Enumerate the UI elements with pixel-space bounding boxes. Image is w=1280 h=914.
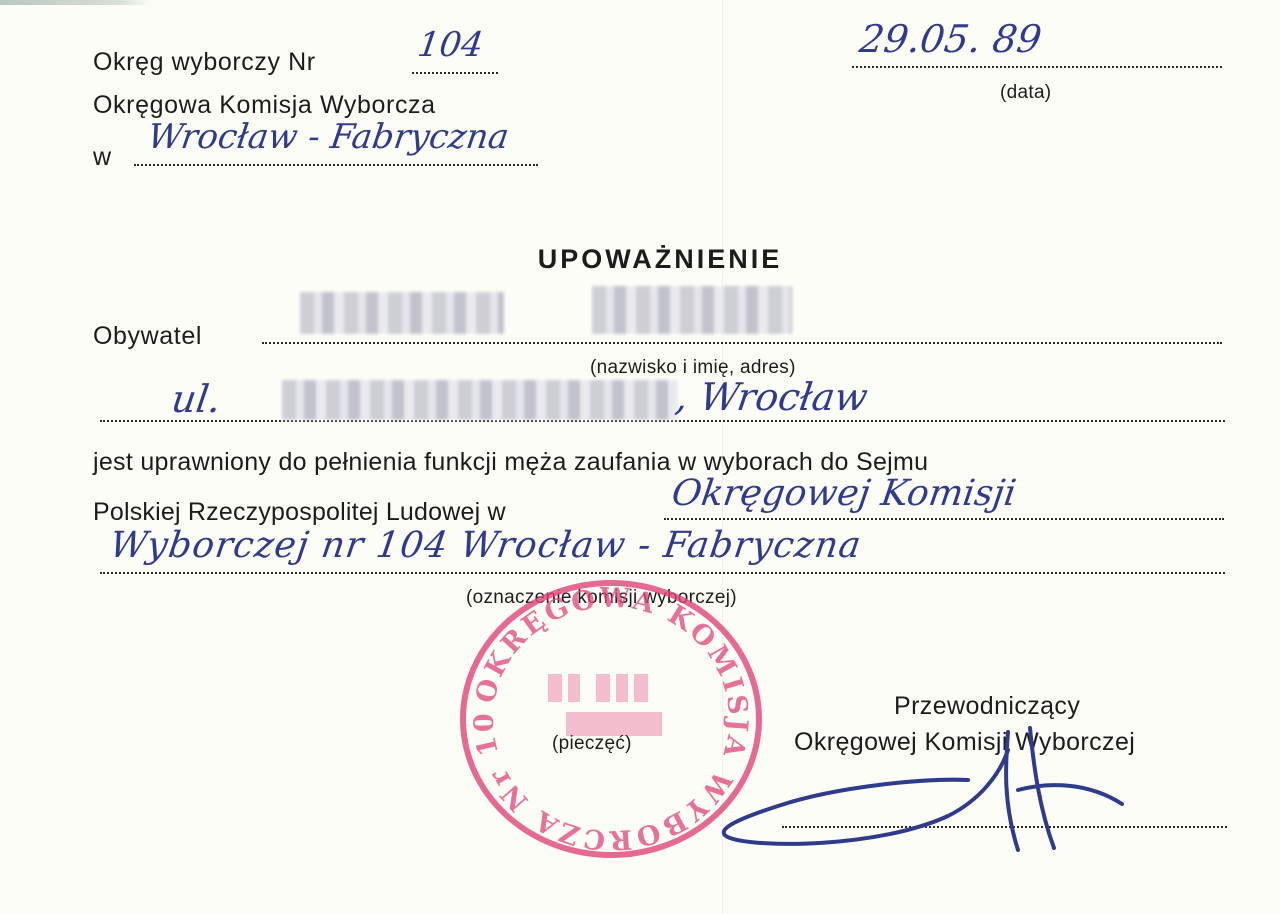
address-line <box>100 420 1225 422</box>
location-handwritten: Wrocław - Fabryczna <box>146 120 511 154</box>
location-prefix: w <box>93 145 112 170</box>
address-redacted <box>282 380 678 420</box>
paper-edge <box>0 0 150 5</box>
document-title: UPOWAŻNIENIE <box>0 244 1280 275</box>
stamp-caption: (pieczęć) <box>552 734 632 753</box>
location-line <box>134 164 538 166</box>
address-city: , Wrocław <box>673 378 870 416</box>
citizen-line <box>262 342 1222 344</box>
commission-label: Okręgowa Komisja Wyborcza <box>93 93 436 118</box>
chairman-title: Przewodniczący <box>894 694 1080 719</box>
commission-line-2 <box>100 572 1225 574</box>
district-number-handwritten: 104 <box>416 28 486 62</box>
citizen-label: Obywatel <box>93 324 202 349</box>
address-prefix: ul. <box>169 380 223 418</box>
chairman-signature <box>718 720 1138 860</box>
commission-handwritten-1: Okręgowej Komisji <box>669 476 1018 512</box>
date-line <box>852 66 1222 68</box>
commission-handwritten-2: Wyborczej nr 104 Wrocław - Fabryczna <box>107 528 863 564</box>
district-number-line <box>412 72 498 74</box>
citizen-firstname-redacted <box>592 286 792 334</box>
citizen-name-redacted <box>300 292 504 334</box>
statement-line-2: Polskiej Rzeczypospolitej Ludowej w <box>93 500 506 525</box>
commission-line-1 <box>664 518 1224 520</box>
date-caption: (data) <box>1000 83 1051 102</box>
statement-line-1: jest uprawniony do pełnienia funkcji męż… <box>93 450 928 475</box>
district-label: Okręg wyborczy Nr <box>93 50 316 75</box>
date-handwritten: 29.05. 89 <box>857 20 1044 58</box>
